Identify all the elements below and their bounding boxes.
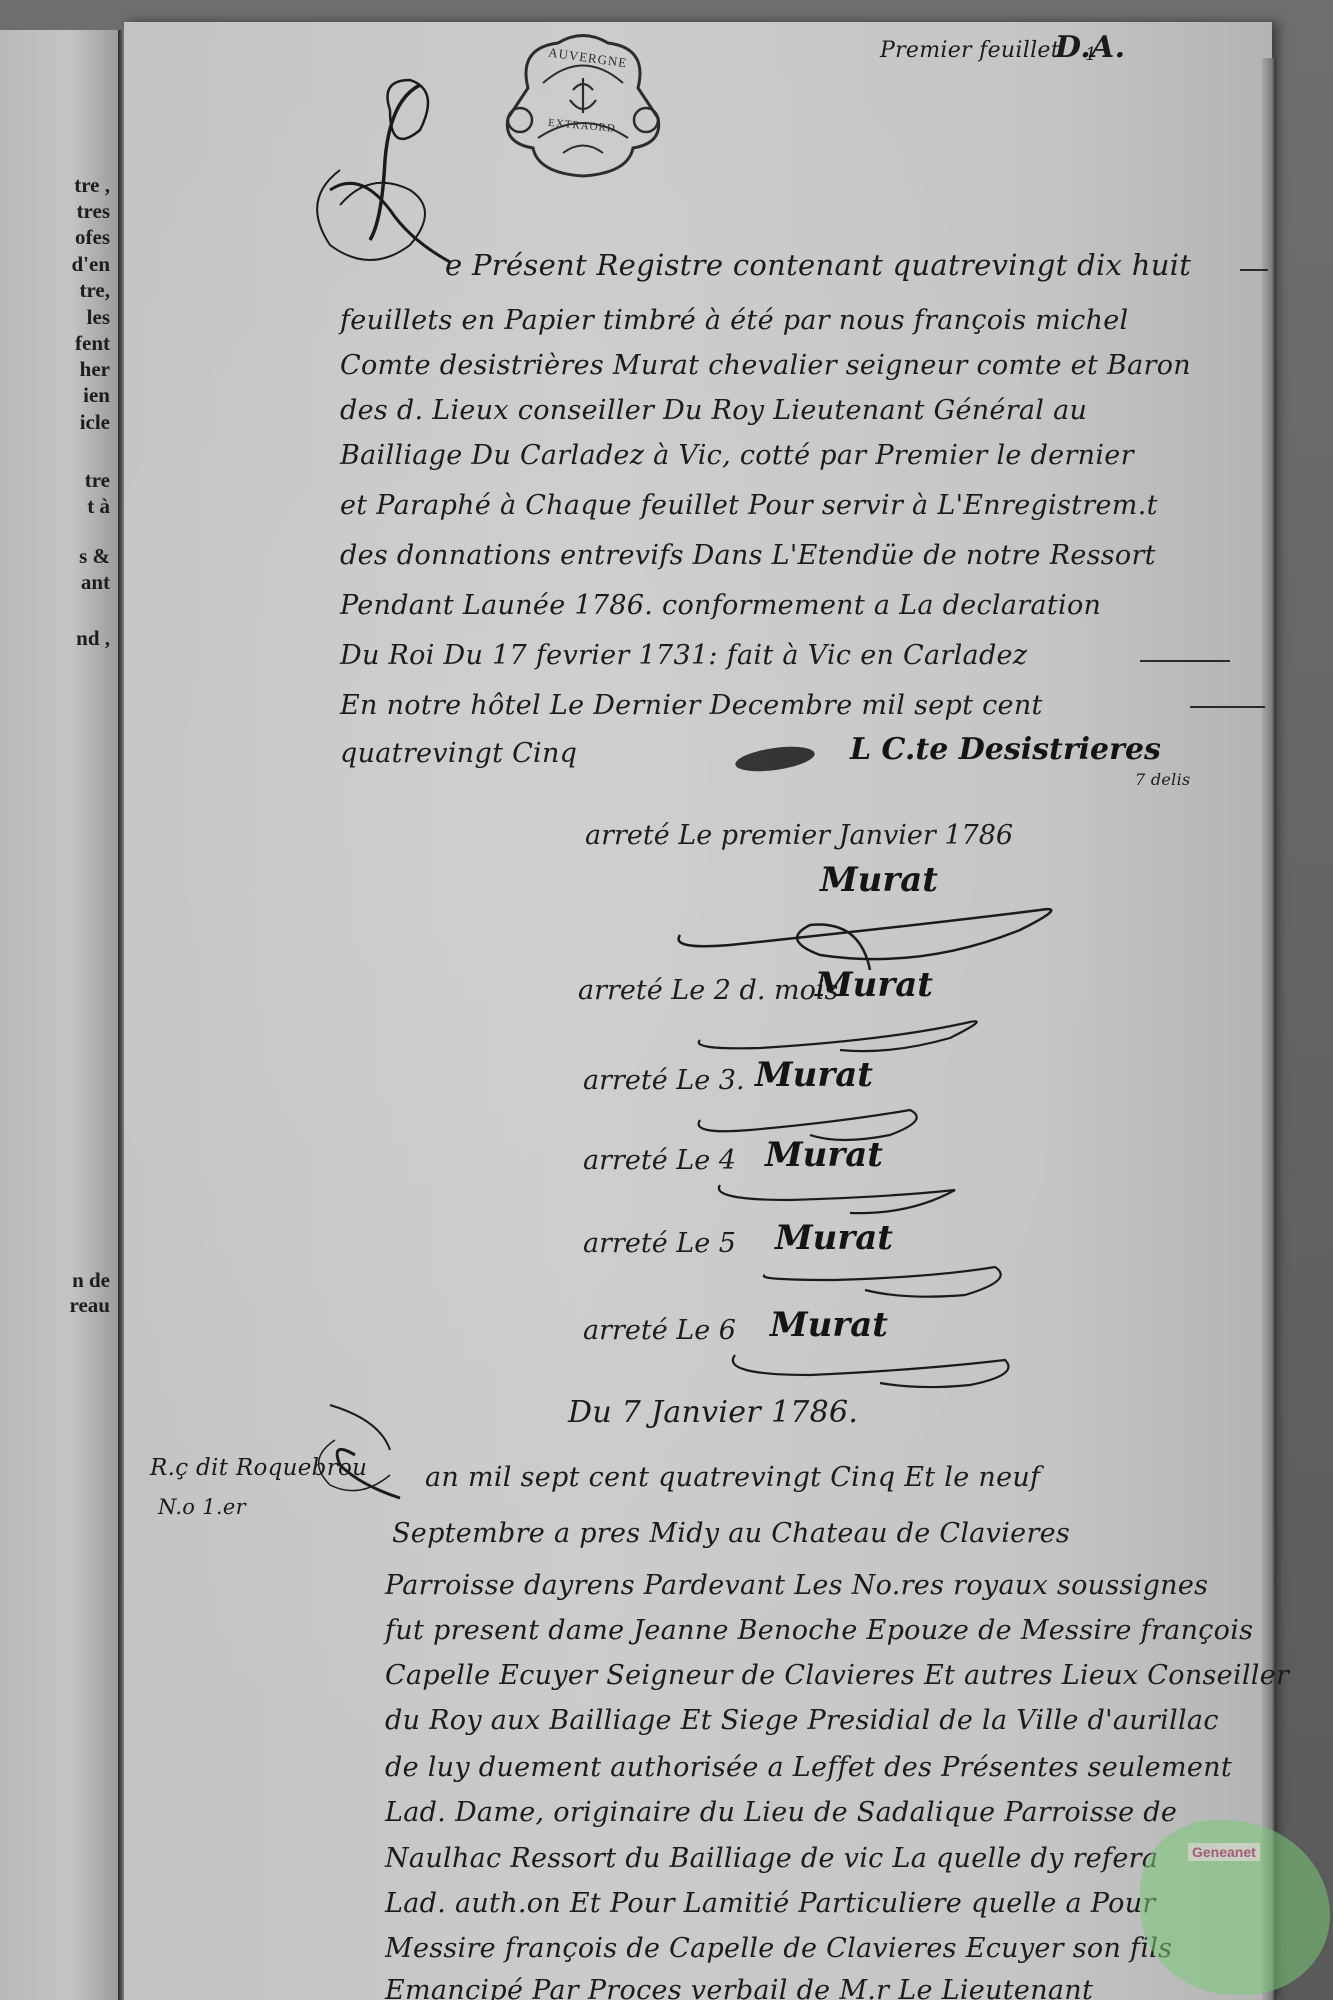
closing-entry: arreté Le 3. xyxy=(583,1065,745,1096)
printed-fragment: les xyxy=(87,305,110,330)
preamble-line: quatrevingt Cinq xyxy=(340,738,577,769)
closing-signature: Murat xyxy=(755,1055,873,1095)
facing-printed-page: tre , tres ofes d'en tre, les fent her i… xyxy=(0,30,120,2000)
closing-signature: Murat xyxy=(815,965,933,1005)
printed-fragment: icle xyxy=(80,410,110,435)
printed-fragment: her xyxy=(80,357,110,382)
closing-entry: arreté Le 4 xyxy=(583,1145,736,1176)
printed-fragment: fent xyxy=(75,331,110,356)
closing-entry: arreté Le premier Janvier 1786 xyxy=(585,820,1013,851)
entry-date-heading: Du 7 Janvier 1786. xyxy=(568,1395,858,1430)
entry-line: Emancipé Par Proces verbail de M.r Le Li… xyxy=(385,1975,1093,2000)
printed-fragment: nd , xyxy=(76,626,110,651)
preamble-line: Du Roi Du 17 fevrier 1731: fait à Vic en… xyxy=(340,640,1027,671)
entry-line: Lad. Dame, originaire du Lieu de Sadaliq… xyxy=(385,1797,1177,1828)
preamble-line: et Paraphé à Chaque feuillet Pour servir… xyxy=(340,490,1158,521)
preamble-line: des donnations entrevifs Dans L'Etendüe … xyxy=(340,540,1156,571)
generality-stamp: AUVERGNE EXTRAORD. xyxy=(498,28,668,178)
entry-line: Capelle Ecuyer Seigneur de Clavieres Et … xyxy=(385,1660,1289,1691)
printed-fragment: tres xyxy=(77,199,110,224)
preamble-line: Bailliage Du Carladez à Vic, cotté par P… xyxy=(340,440,1134,471)
printed-fragment: t à xyxy=(87,494,110,519)
entry-line: Messire françois de Capelle de Clavieres… xyxy=(385,1933,1172,1964)
closing-entry: arreté Le 6 xyxy=(583,1315,736,1346)
printed-fragment: tre xyxy=(85,468,110,493)
line-filler-rule xyxy=(1190,706,1265,708)
closing-entry: arreté Le 2 d. mois xyxy=(578,975,838,1006)
entry-line: de luy duement authorisée a Leffet des P… xyxy=(385,1752,1232,1783)
line-filler-rule xyxy=(1240,269,1268,271)
printed-fragment: ien xyxy=(83,383,110,408)
folio-number: 1 xyxy=(1085,44,1097,65)
printed-fragment: d'en xyxy=(71,252,110,277)
closing-signature: Murat xyxy=(775,1218,893,1258)
entry-line: Lad. auth.on Et Pour Lamitié Particulier… xyxy=(385,1888,1156,1919)
closing-entry: arreté Le 5 xyxy=(583,1228,736,1259)
printed-fragment: ofes xyxy=(75,225,110,250)
decorated-initial-l-icon xyxy=(300,1400,420,1510)
margin-note-number: N.o 1.er xyxy=(158,1495,246,1519)
preamble-line: des d. Lieux conseiller Du Roy Lieutenan… xyxy=(340,395,1087,426)
signature-paraph-icon xyxy=(755,1255,1015,1305)
preamble-signature: L C.te Desistrieres xyxy=(850,732,1161,767)
signature-note: 7 delis xyxy=(1135,770,1191,789)
entry-line: Parroisse dayrens Pardevant Les No.res r… xyxy=(385,1570,1208,1601)
entry-line: Naulhac Ressort du Bailliage de vic La q… xyxy=(385,1843,1158,1874)
printed-fragment: tre , xyxy=(74,173,110,198)
preamble-line: En notre hôtel Le Dernier Decembre mil s… xyxy=(340,690,1043,721)
preamble-line: feuillets en Papier timbré à été par nou… xyxy=(340,305,1128,336)
printed-fragment: s & xyxy=(79,544,110,569)
closing-signature: Murat xyxy=(765,1135,883,1175)
closing-signature: Murat xyxy=(770,1305,888,1345)
entry-line: du Roy aux Bailliage Et Siege Presidial … xyxy=(385,1705,1219,1736)
watermark-label: Geneanet xyxy=(1188,1843,1260,1861)
preamble-line: Pendant Launée 1786. conformement a La d… xyxy=(340,590,1101,621)
line-filler-rule xyxy=(1140,660,1230,662)
preamble-line: e Présent Registre contenant quatrevingt… xyxy=(445,248,1191,282)
decorated-initial-l-icon xyxy=(270,40,460,280)
signature-paraph-icon xyxy=(720,1345,1020,1395)
entry-line: fut present dame Jeanne Benoche Epouze d… xyxy=(385,1615,1253,1646)
entry-line: Septembre a pres Midy au Chateau de Clav… xyxy=(392,1518,1070,1549)
printed-fragment: ant xyxy=(81,570,110,595)
preamble-line: Comte desistrières Murat chevalier seign… xyxy=(340,350,1191,381)
signature-paraph-icon xyxy=(690,1010,990,1060)
page-edge xyxy=(1262,58,1276,2000)
printed-fragment: n de xyxy=(72,1268,110,1293)
entry-line: an mil sept cent quatrevingt Cinq Et le … xyxy=(425,1462,1040,1493)
printed-fragment: reau xyxy=(70,1293,110,1318)
printed-fragment: tre, xyxy=(79,278,110,303)
folio-note: Premier feuillet xyxy=(880,38,1060,63)
